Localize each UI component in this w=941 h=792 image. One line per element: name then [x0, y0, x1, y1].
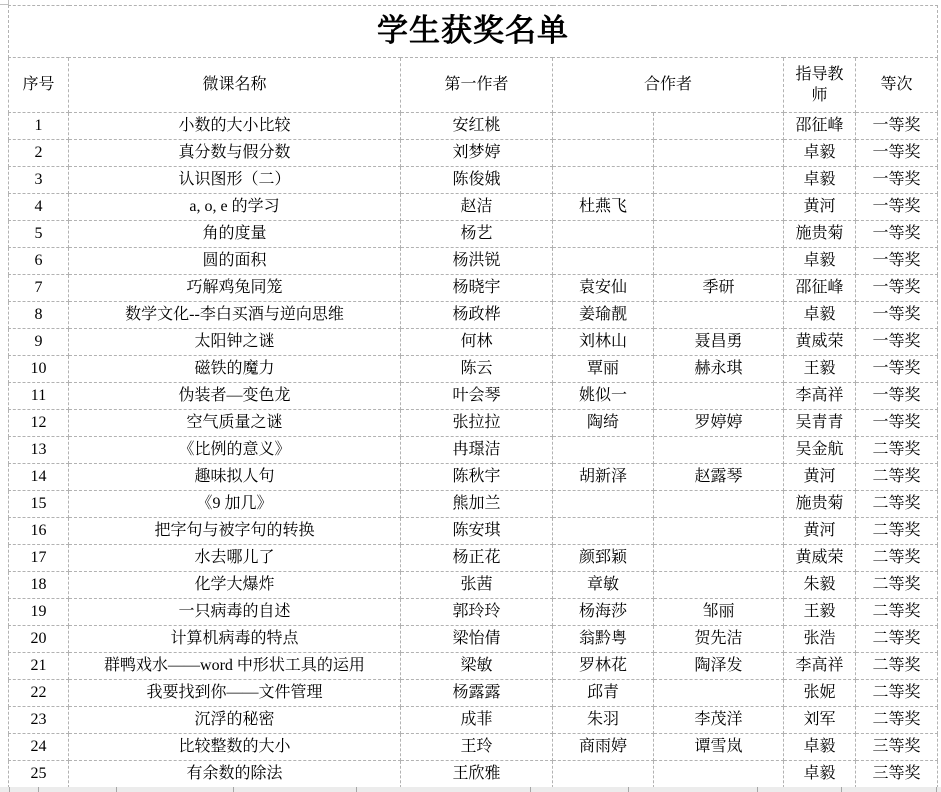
cell-serial-number: 17 [9, 545, 69, 572]
cell-first-author: 王欣雅 [401, 761, 553, 788]
cell-advisor: 卓毅 [784, 302, 856, 329]
cell-first-author: 张拉拉 [401, 410, 553, 437]
cell-first-author: 梁怡倩 [401, 626, 553, 653]
cell-advisor: 张浩 [784, 626, 856, 653]
cell-collaborator-2 [654, 491, 784, 518]
cell-serial-number: 23 [9, 707, 69, 734]
cell-collaborator-2: 罗婷婷 [654, 410, 784, 437]
cell-collaborator-2 [654, 140, 784, 167]
cell-course-name: 化学大爆炸 [69, 572, 401, 599]
cell-advisor: 卓毅 [784, 140, 856, 167]
cell-advisor: 吴金航 [784, 437, 856, 464]
cell-collaborator-1 [553, 221, 654, 248]
table-row: 13 《比例的意义》 冉璟洁 吴金航 二等奖 [9, 437, 938, 464]
cell-collaborator-2 [654, 194, 784, 221]
cell-award-level: 二等奖 [856, 707, 938, 734]
cell-serial-number: 2 [9, 140, 69, 167]
header-first-author: 第一作者 [401, 58, 553, 113]
cell-collaborator-1: 颜郅颖 [553, 545, 654, 572]
cell-advisor: 朱毅 [784, 572, 856, 599]
header-serial-number: 序号 [9, 58, 69, 113]
title-row: 学生获奖名单 [9, 6, 938, 58]
cell-collaborator-1: 袁安仙 [553, 275, 654, 302]
cell-first-author: 何林 [401, 329, 553, 356]
cell-advisor: 邵征峰 [784, 275, 856, 302]
cell-collaborator-1 [553, 140, 654, 167]
cell-collaborator-2: 谭雪岚 [654, 734, 784, 761]
cell-award-level: 二等奖 [856, 599, 938, 626]
table-row: 7 巧解鸡兔同笼 杨晓宇 袁安仙 季研 邵征峰 一等奖 [9, 275, 938, 302]
cell-award-level: 二等奖 [856, 518, 938, 545]
cell-serial-number: 14 [9, 464, 69, 491]
cell-collaborator-2 [654, 437, 784, 464]
cell-award-level: 二等奖 [856, 464, 938, 491]
cell-course-name: 磁铁的魔力 [69, 356, 401, 383]
cell-collaborator-2 [654, 113, 784, 140]
table-body: 1 小数的大小比较 安红桃 邵征峰 一等奖 2 真分数与假分数 刘梦婷 卓毅 一… [9, 113, 938, 788]
cell-serial-number: 21 [9, 653, 69, 680]
cell-collaborator-1 [553, 761, 654, 788]
cell-award-level: 二等奖 [856, 680, 938, 707]
cell-course-name: 数学文化--李白买酒与逆向思维 [69, 302, 401, 329]
table-row: 5 角的度量 杨艺 施贵菊 一等奖 [9, 221, 938, 248]
cell-course-name: 《比例的意义》 [69, 437, 401, 464]
cell-collaborator-1 [553, 167, 654, 194]
cell-first-author: 王玲 [401, 734, 553, 761]
table-row: 22 我要找到你——文件管理 杨露露 邱青 张妮 二等奖 [9, 680, 938, 707]
cell-advisor: 卓毅 [784, 248, 856, 275]
cell-serial-number: 18 [9, 572, 69, 599]
cell-collaborator-1: 姜瑜靓 [553, 302, 654, 329]
cell-course-name: 我要找到你——文件管理 [69, 680, 401, 707]
cell-advisor: 王毅 [784, 599, 856, 626]
cell-award-level: 二等奖 [856, 437, 938, 464]
table-row: 16 把字句与被字句的转换 陈安琪 黄河 二等奖 [9, 518, 938, 545]
cell-advisor: 黄河 [784, 194, 856, 221]
cell-award-level: 一等奖 [856, 410, 938, 437]
cell-serial-number: 12 [9, 410, 69, 437]
cell-collaborator-2 [654, 680, 784, 707]
cell-collaborator-2: 李茂洋 [654, 707, 784, 734]
cell-award-level: 二等奖 [856, 572, 938, 599]
header-row: 序号 微课名称 第一作者 合作者 指导教师 等次 [9, 58, 938, 113]
grid-tick [356, 787, 357, 792]
cell-first-author: 梁敏 [401, 653, 553, 680]
cell-course-name: 伪装者—变色龙 [69, 383, 401, 410]
cell-course-name: 小数的大小比较 [69, 113, 401, 140]
cell-first-author: 陈俊娥 [401, 167, 553, 194]
cell-award-level: 二等奖 [856, 653, 938, 680]
cell-first-author: 陈秋宇 [401, 464, 553, 491]
cell-serial-number: 15 [9, 491, 69, 518]
cell-collaborator-1: 商雨婷 [553, 734, 654, 761]
cell-collaborator-2: 赫永琪 [654, 356, 784, 383]
table-row: 10 磁铁的魔力 陈云 覃丽 赫永琪 王毅 一等奖 [9, 356, 938, 383]
cell-collaborator-1: 罗林花 [553, 653, 654, 680]
cell-collaborator-1 [553, 518, 654, 545]
table-row: 6 圆的面积 杨洪锐 卓毅 一等奖 [9, 248, 938, 275]
cell-first-author: 杨洪锐 [401, 248, 553, 275]
cell-collaborator-2 [654, 248, 784, 275]
header-course-name: 微课名称 [69, 58, 401, 113]
cell-course-name: 太阳钟之谜 [69, 329, 401, 356]
cell-first-author: 陈安琪 [401, 518, 553, 545]
table-row: 18 化学大爆炸 张茜 章敏 朱毅 二等奖 [9, 572, 938, 599]
grid-tick [936, 787, 937, 792]
table-row: 1 小数的大小比较 安红桃 邵征峰 一等奖 [9, 113, 938, 140]
grid-tick [233, 787, 234, 792]
cell-award-level: 一等奖 [856, 356, 938, 383]
cell-first-author: 陈云 [401, 356, 553, 383]
grid-tick [628, 787, 629, 792]
cell-award-level: 二等奖 [856, 545, 938, 572]
cell-course-name: 沉浮的秘密 [69, 707, 401, 734]
cell-collaborator-2 [654, 383, 784, 410]
cell-collaborator-1: 陶绮 [553, 410, 654, 437]
cell-first-author: 杨露露 [401, 680, 553, 707]
header-collaborators: 合作者 [553, 58, 784, 113]
cell-advisor: 黄威荣 [784, 329, 856, 356]
cell-advisor: 施贵菊 [784, 491, 856, 518]
cell-advisor: 李高祥 [784, 653, 856, 680]
table-row: 17 水去哪儿了 杨正花 颜郅颖 黄威荣 二等奖 [9, 545, 938, 572]
table-row: 4 a, o, e 的学习 赵洁 杜燕飞 黄河 一等奖 [9, 194, 938, 221]
cell-collaborator-2: 陶泽发 [654, 653, 784, 680]
cell-collaborator-2 [654, 572, 784, 599]
cell-serial-number: 7 [9, 275, 69, 302]
grid-tick [116, 787, 117, 792]
cell-collaborator-1: 胡新泽 [553, 464, 654, 491]
cell-collaborator-2: 季研 [654, 275, 784, 302]
cell-collaborator-2: 邹丽 [654, 599, 784, 626]
cell-serial-number: 6 [9, 248, 69, 275]
cell-first-author: 张茜 [401, 572, 553, 599]
cell-serial-number: 16 [9, 518, 69, 545]
cell-collaborator-2 [654, 221, 784, 248]
cell-advisor: 刘军 [784, 707, 856, 734]
page-break-strip [0, 787, 941, 792]
cell-collaborator-2 [654, 167, 784, 194]
cell-award-level: 一等奖 [856, 113, 938, 140]
cell-course-name: 有余数的除法 [69, 761, 401, 788]
cell-award-level: 三等奖 [856, 734, 938, 761]
table-row: 2 真分数与假分数 刘梦婷 卓毅 一等奖 [9, 140, 938, 167]
cell-collaborator-1: 朱羽 [553, 707, 654, 734]
cell-serial-number: 24 [9, 734, 69, 761]
cell-collaborator-1 [553, 491, 654, 518]
cell-advisor: 张妮 [784, 680, 856, 707]
cell-collaborator-2: 聂昌勇 [654, 329, 784, 356]
cell-award-level: 一等奖 [856, 275, 938, 302]
cell-serial-number: 5 [9, 221, 69, 248]
cell-course-name: 《9 加几》 [69, 491, 401, 518]
document-page: 学生获奖名单 序号 微课名称 第一作者 合作者 指导教师 等次 1 小数的大小比… [0, 0, 941, 792]
cell-first-author: 杨正花 [401, 545, 553, 572]
cell-course-name: 空气质量之谜 [69, 410, 401, 437]
cell-collaborator-1 [553, 248, 654, 275]
award-table: 学生获奖名单 序号 微课名称 第一作者 合作者 指导教师 等次 1 小数的大小比… [8, 5, 938, 788]
cell-award-level: 一等奖 [856, 383, 938, 410]
cell-course-name: 角的度量 [69, 221, 401, 248]
cell-collaborator-2 [654, 518, 784, 545]
cell-collaborator-1: 杜燕飞 [553, 194, 654, 221]
cell-course-name: 巧解鸡兔同笼 [69, 275, 401, 302]
cell-collaborator-1: 覃丽 [553, 356, 654, 383]
cell-first-author: 成菲 [401, 707, 553, 734]
cell-first-author: 赵洁 [401, 194, 553, 221]
table-row: 9 太阳钟之谜 何林 刘林山 聂昌勇 黄威荣 一等奖 [9, 329, 938, 356]
cell-course-name: 比较整数的大小 [69, 734, 401, 761]
cell-first-author: 杨政桦 [401, 302, 553, 329]
table-row: 24 比较整数的大小 王玲 商雨婷 谭雪岚 卓毅 三等奖 [9, 734, 938, 761]
cell-advisor: 卓毅 [784, 761, 856, 788]
cell-award-level: 一等奖 [856, 140, 938, 167]
cell-course-name: 趣味拟人句 [69, 464, 401, 491]
grid-tick [530, 787, 531, 792]
cell-collaborator-1: 姚似一 [553, 383, 654, 410]
cell-collaborator-1: 杨海莎 [553, 599, 654, 626]
cell-award-level: 一等奖 [856, 167, 938, 194]
cell-advisor: 卓毅 [784, 734, 856, 761]
cell-first-author: 杨晓宇 [401, 275, 553, 302]
grid-tick [841, 787, 842, 792]
cell-award-level: 一等奖 [856, 248, 938, 275]
table-row: 20 计算机病毒的特点 梁怡倩 翁黔粤 贺先洁 张浩 二等奖 [9, 626, 938, 653]
cell-first-author: 杨艺 [401, 221, 553, 248]
cell-course-name: 水去哪儿了 [69, 545, 401, 572]
cell-serial-number: 20 [9, 626, 69, 653]
cell-award-level: 二等奖 [856, 626, 938, 653]
table-row: 23 沉浮的秘密 成菲 朱羽 李茂洋 刘军 二等奖 [9, 707, 938, 734]
cell-collaborator-1: 刘林山 [553, 329, 654, 356]
cell-first-author: 安红桃 [401, 113, 553, 140]
cell-course-name: 真分数与假分数 [69, 140, 401, 167]
cell-serial-number: 25 [9, 761, 69, 788]
cell-serial-number: 4 [9, 194, 69, 221]
cell-award-level: 三等奖 [856, 761, 938, 788]
cell-first-author: 刘梦婷 [401, 140, 553, 167]
table-row: 12 空气质量之谜 张拉拉 陶绮 罗婷婷 吴青青 一等奖 [9, 410, 938, 437]
cell-course-name: a, o, e 的学习 [69, 194, 401, 221]
cell-advisor: 施贵菊 [784, 221, 856, 248]
cell-advisor: 黄河 [784, 518, 856, 545]
cell-award-level: 一等奖 [856, 194, 938, 221]
header-award-level: 等次 [856, 58, 938, 113]
cell-collaborator-1 [553, 437, 654, 464]
cell-award-level: 一等奖 [856, 221, 938, 248]
cell-course-name: 一只病毒的自述 [69, 599, 401, 626]
grid-tick [38, 787, 39, 792]
cell-advisor: 吴青青 [784, 410, 856, 437]
table-row: 3 认识图形（二） 陈俊娥 卓毅 一等奖 [9, 167, 938, 194]
cell-collaborator-1: 翁黔粤 [553, 626, 654, 653]
cell-serial-number: 13 [9, 437, 69, 464]
cell-serial-number: 19 [9, 599, 69, 626]
table-row: 15 《9 加几》 熊加兰 施贵菊 二等奖 [9, 491, 938, 518]
cell-award-level: 一等奖 [856, 302, 938, 329]
cell-collaborator-2 [654, 761, 784, 788]
cell-first-author: 郭玲玲 [401, 599, 553, 626]
cell-course-name: 把字句与被字句的转换 [69, 518, 401, 545]
cell-collaborator-2 [654, 302, 784, 329]
cell-advisor: 黄威荣 [784, 545, 856, 572]
cell-course-name: 认识图形（二） [69, 167, 401, 194]
cell-award-level: 二等奖 [856, 491, 938, 518]
cell-advisor: 邵征峰 [784, 113, 856, 140]
cell-advisor: 卓毅 [784, 167, 856, 194]
table-row: 19 一只病毒的自述 郭玲玲 杨海莎 邹丽 王毅 二等奖 [9, 599, 938, 626]
cell-collaborator-1: 邱青 [553, 680, 654, 707]
cell-collaborator-2 [654, 545, 784, 572]
cell-serial-number: 3 [9, 167, 69, 194]
table-row: 21 群鸭戏水——word 中形状工具的运用 梁敏 罗林花 陶泽发 李高祥 二等… [9, 653, 938, 680]
cell-first-author: 叶会琴 [401, 383, 553, 410]
cell-course-name: 计算机病毒的特点 [69, 626, 401, 653]
cell-course-name: 圆的面积 [69, 248, 401, 275]
table-row: 8 数学文化--李白买酒与逆向思维 杨政桦 姜瑜靓 卓毅 一等奖 [9, 302, 938, 329]
cell-first-author: 冉璟洁 [401, 437, 553, 464]
table-row: 11 伪装者—变色龙 叶会琴 姚似一 李高祥 一等奖 [9, 383, 938, 410]
table-row: 25 有余数的除法 王欣雅 卓毅 三等奖 [9, 761, 938, 788]
cell-collaborator-2: 贺先洁 [654, 626, 784, 653]
cell-advisor: 王毅 [784, 356, 856, 383]
cell-course-name: 群鸭戏水——word 中形状工具的运用 [69, 653, 401, 680]
cell-first-author: 熊加兰 [401, 491, 553, 518]
cell-serial-number: 10 [9, 356, 69, 383]
header-advisor: 指导教师 [784, 58, 856, 113]
table-row: 14 趣味拟人句 陈秋宇 胡新泽 赵露琴 黄河 二等奖 [9, 464, 938, 491]
grid-tick [757, 787, 758, 792]
cell-serial-number: 22 [9, 680, 69, 707]
cell-serial-number: 9 [9, 329, 69, 356]
grid-tick [9, 787, 10, 792]
cell-collaborator-1: 章敏 [553, 572, 654, 599]
cell-serial-number: 1 [9, 113, 69, 140]
cell-advisor: 李高祥 [784, 383, 856, 410]
cell-serial-number: 8 [9, 302, 69, 329]
cell-advisor: 黄河 [784, 464, 856, 491]
cell-serial-number: 11 [9, 383, 69, 410]
cell-collaborator-2: 赵露琴 [654, 464, 784, 491]
cell-collaborator-1 [553, 113, 654, 140]
page-title: 学生获奖名单 [9, 6, 938, 58]
cell-award-level: 一等奖 [856, 329, 938, 356]
